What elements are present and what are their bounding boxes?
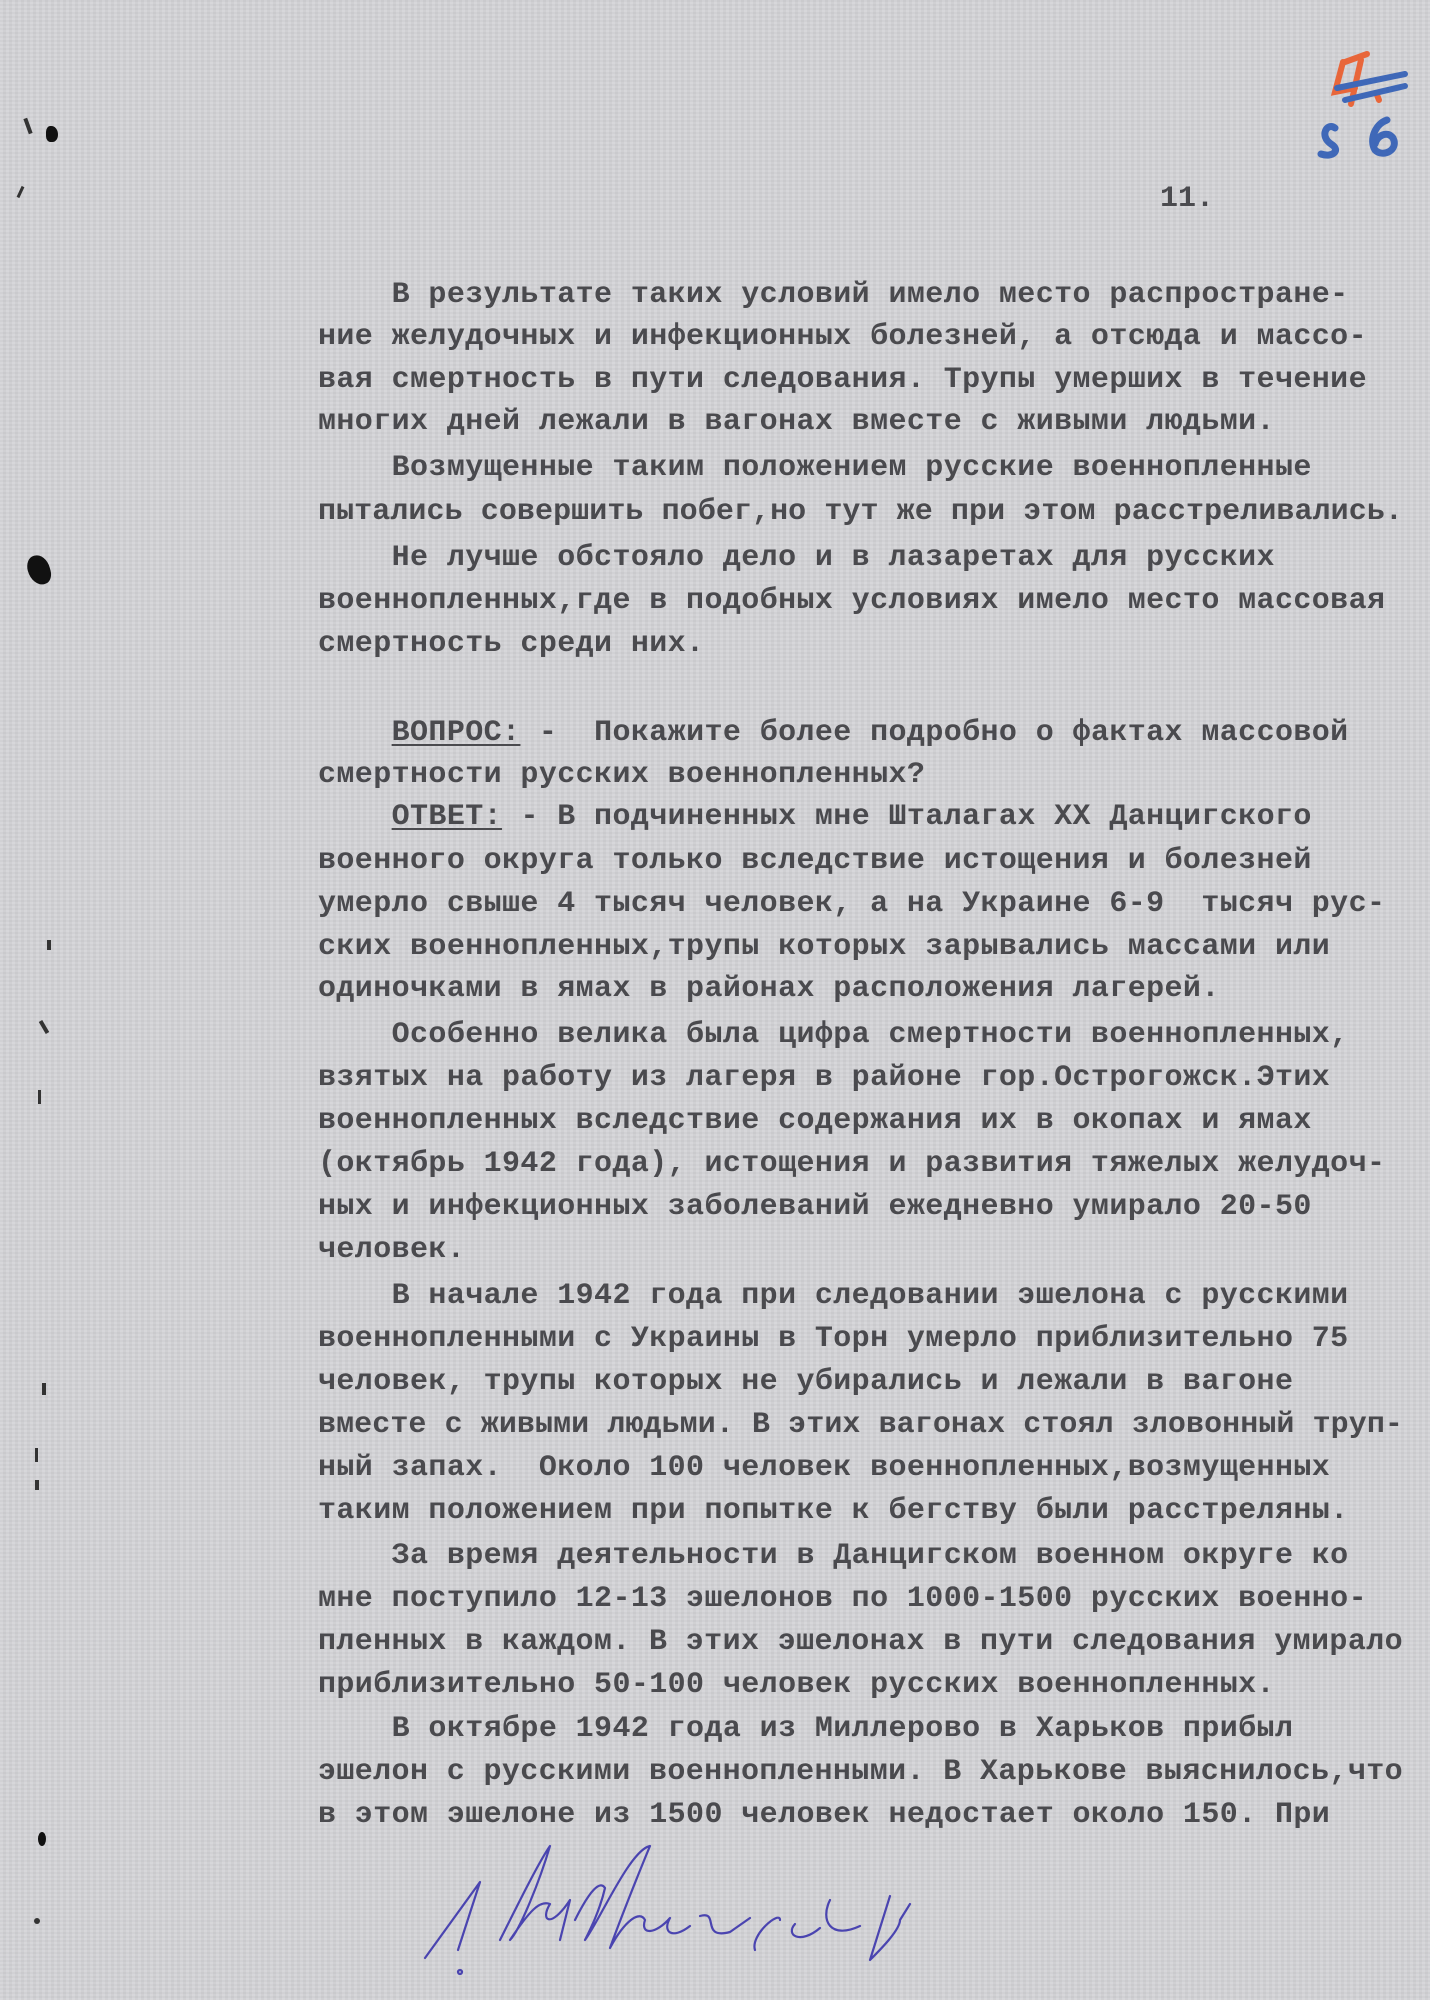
text-line: Особенно велика была цифра смертности во… — [318, 1020, 1349, 1050]
margin-mark — [17, 186, 25, 198]
margin-mark — [23, 118, 32, 134]
document-page: 11. В результате таких условий имело мес… — [0, 0, 1430, 2000]
qa-label: ОТВЕТ: — [392, 800, 502, 834]
text-line: смертности русских военнопленных? — [318, 760, 925, 790]
text-line: В октябре 1942 года из Миллерово в Харьк… — [318, 1714, 1293, 1744]
text-line: военнопленных вследствие содержания их в… — [318, 1106, 1312, 1136]
margin-mark — [47, 940, 51, 950]
text-line: вместе с живыми людьми. В этих вагонах с… — [318, 1410, 1403, 1440]
qa-label: ВОПРОС: — [392, 716, 521, 750]
text-line: ВОПРОС: - Покажите более подробно о факт… — [318, 718, 1349, 748]
text-line: пытались совершить побег,но тут же при э… — [318, 497, 1403, 527]
margin-mark — [39, 1020, 49, 1034]
text-line: эшелон с русскими военнопленными. В Харь… — [318, 1757, 1403, 1787]
text-line: вая смертность в пути следования. Трупы … — [318, 365, 1367, 395]
text-line: смертность среди них. — [318, 629, 704, 659]
text-line: человек, трупы которых не убирались и ле… — [318, 1367, 1293, 1397]
archive-sheet-number — [1305, 40, 1415, 160]
text-line: ние желудочных и инфекционных болезней, … — [318, 322, 1367, 352]
text-line: мне поступило 12-13 эшелонов по 1000-150… — [318, 1584, 1367, 1614]
margin-mark — [34, 1918, 40, 1924]
text-line: (октябрь 1942 года), истощения и развити… — [318, 1149, 1385, 1179]
text-line: ный запах. Около 100 человек военнопленн… — [318, 1453, 1330, 1483]
text-line: приблизительно 50-100 человек русских во… — [318, 1670, 1275, 1700]
text-line: военного округа только вследствие истоще… — [318, 846, 1312, 876]
text-line: многих дней лежали в вагонах вместе с жи… — [318, 407, 1275, 437]
text-line: Возмущенные таким положением русские вое… — [318, 453, 1312, 483]
text-line: ских военнопленных,трупы которых зарывал… — [318, 932, 1330, 962]
margin-mark — [35, 1448, 38, 1462]
strike-lines-blue — [1337, 74, 1405, 100]
text-line: умерло свыше 4 тысяч человек, а на Украи… — [318, 889, 1385, 919]
punch-hole — [46, 126, 58, 142]
text-line: военнопленными с Украины в Торн умерло п… — [318, 1324, 1349, 1354]
margin-mark — [35, 1480, 39, 1490]
text-line: в этом эшелоне из 1500 человек недостает… — [318, 1800, 1330, 1830]
text-line: В результате таких условий имело место р… — [318, 280, 1349, 310]
text-line: человек. — [318, 1235, 465, 1265]
punch-hole — [24, 553, 53, 588]
page-number: 11. — [1160, 182, 1214, 216]
text-line: ОТВЕТ: - В подчиненных мне Шталагах XX Д… — [318, 802, 1312, 832]
text-line: взятых на работу из лагеря в районе гор.… — [318, 1063, 1330, 1093]
margin-mark — [38, 1090, 41, 1104]
punch-hole — [38, 1832, 46, 1846]
text-line: пленных в каждом. В этих эшелонах в пути… — [318, 1627, 1403, 1657]
text-line: одиночками в ямах в районах расположения… — [318, 974, 1220, 1004]
margin-mark — [42, 1383, 46, 1395]
text-line: За время деятельности в Данцигском военн… — [318, 1541, 1349, 1571]
text-line: таким положением при попытке к бегству б… — [318, 1496, 1349, 1526]
signature — [400, 1840, 1220, 2000]
text-line: военнопленных,где в подобных условиях им… — [318, 586, 1385, 616]
current-number-blue — [1321, 120, 1394, 155]
text-line: Не лучше обстояло дело и в лазаретах для… — [318, 543, 1275, 573]
text-line: ных и инфекционных заболеваний ежедневно… — [318, 1192, 1312, 1222]
text-line: В начале 1942 года при следовании эшелон… — [318, 1281, 1349, 1311]
